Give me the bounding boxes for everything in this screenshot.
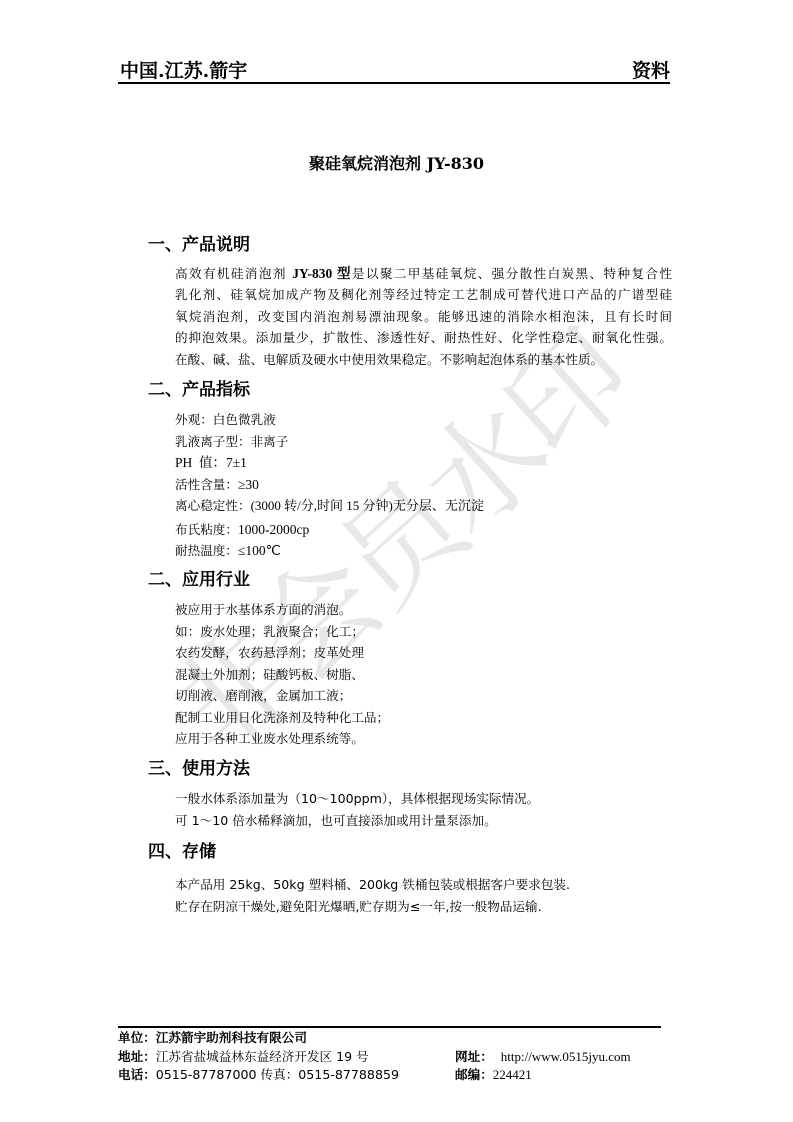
description-line: 高效有机硅消泡剂 JY-830 型是以聚二甲基硅氧烷、强分散性白炭黑、特种复合性	[175, 263, 672, 284]
footer-company: 单位：江苏箭宇助剂科技有限公司	[118, 1029, 307, 1047]
document-title: 聚硅氧烷消泡剂 JY-830	[0, 151, 793, 174]
footer-phone-fax: 电话：0515-87787000 传真：0515-87788859	[118, 1066, 399, 1084]
website-link[interactable]: http://www.0515jyu.com	[501, 1049, 631, 1064]
application-item: 农药发酵，农药悬浮剂；皮革处理	[175, 642, 389, 664]
storage-item: 贮存在阴凉干燥处,避免阳光爆晒,贮存期为≤一年,按一般物品运输.	[175, 896, 570, 918]
description-paragraph: 高效有机硅消泡剂 JY-830 型是以聚二甲基硅氧烷、强分散性白炭黑、特种复合性…	[175, 263, 672, 370]
spec-appearance: 外观：白色微乳液	[175, 409, 484, 431]
applications-list: 被应用于水基体系方面的消泡。 如：废水处理；乳液聚合；化工； 农药发酵，农药悬浮…	[175, 599, 389, 750]
footer-address: 地址：江苏省盐城益林东益经济开发区 19 号	[118, 1048, 369, 1066]
spec-ion-type: 乳液离子型：非离子	[175, 431, 484, 453]
storage-item: 本产品用 25kg、50kg 塑料桶、200kg 铁桶包装或根据客户要求包装.	[175, 874, 570, 896]
footer-postcode: 邮编：224421	[455, 1066, 532, 1084]
section-heading-specs: 二、产品指标	[148, 379, 250, 401]
section-heading-applications: 二、应用行业	[148, 569, 250, 591]
description-line: 在酸、碱、盐、电解质及硬水中使用效果稳定。不影响起泡体系的基本性质。	[175, 349, 672, 370]
application-item: 被应用于水基体系方面的消泡。	[175, 599, 389, 621]
section-heading-usage: 三、使用方法	[148, 758, 250, 780]
application-item: 如：废水处理；乳液聚合；化工；	[175, 621, 389, 643]
description-line: 氧烷消泡剂，改变国内消泡剂易漂油现象。能够迅速的消除水相泡沫，且有长时间	[175, 306, 672, 327]
usage-item: 可 1～10 倍水稀释滴加，也可直接添加或用计量泵添加。	[175, 810, 539, 832]
spec-centrifugal-stability: 离心稳定性：(3000 转/分,时间 15 分钟)无分层、无沉淀	[175, 495, 484, 517]
page-header: 中国.江苏.箭宇 资料	[118, 58, 670, 84]
product-model: JY-830 型	[292, 266, 352, 281]
spec-active-content: 活性含量：≥30	[175, 474, 484, 496]
header-origin: 中国.江苏.箭宇	[120, 60, 247, 82]
application-item: 混凝土外加剂；硅酸钙板、树脂、	[175, 664, 389, 686]
specs-list: 外观：白色微乳液 乳液离子型：非离子 PH 值：7±1 活性含量：≥30 离心稳…	[175, 409, 484, 562]
footer-website: 网址： http://www.0515jyu.com	[455, 1048, 631, 1066]
header-doc-type: 资料	[632, 60, 670, 82]
spec-viscosity: 布氏粘度：1000-2000cp	[175, 519, 484, 541]
application-item: 配制工业用日化洗涤剂及特种化工品；	[175, 707, 389, 729]
usage-item: 一般水体系添加量为（10～100ppm），具体根据现场实际情况。	[175, 788, 539, 810]
spec-heat-resistance: 耐热温度：≤100℃	[175, 540, 484, 562]
application-item: 切削液、磨削液，金属加工液；	[175, 685, 389, 707]
spec-ph: PH 值：7±1	[175, 452, 484, 474]
footer-divider	[118, 1026, 661, 1028]
description-line: 乳化剂、硅氧烷加成产物及稠化剂等经过特定工艺制成可替代进口产品的广谱型硅	[175, 284, 672, 305]
description-line: 的抑泡效果。添加量少，扩散性、渗透性好、耐热性好、化学性稳定、耐氧化性强。	[175, 327, 672, 348]
usage-list: 一般水体系添加量为（10～100ppm），具体根据现场实际情况。 可 1～10 …	[175, 788, 539, 831]
section-heading-description: 一、产品说明	[148, 234, 250, 256]
section-heading-storage: 四、存储	[148, 841, 216, 863]
application-item: 应用于各种工业废水处理系统等。	[175, 728, 389, 750]
storage-list: 本产品用 25kg、50kg 塑料桶、200kg 铁桶包装或根据客户要求包装. …	[175, 874, 570, 917]
